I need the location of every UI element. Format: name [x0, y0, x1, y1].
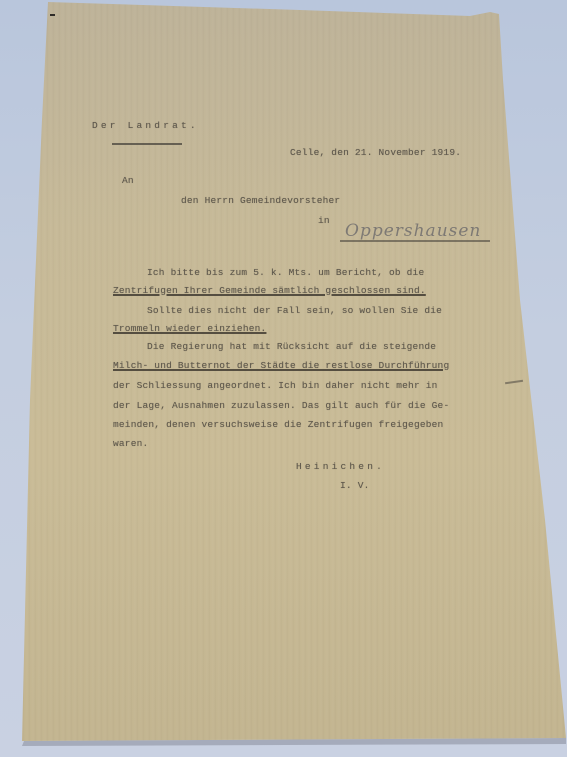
letter-paper: [0, 0, 567, 757]
body-line-10: waren.: [113, 438, 148, 449]
place-date: Celle, den 21. November 1919.: [290, 147, 461, 158]
body-line-1: Ich bitte bis zum 5. k. Mts. um Bericht,…: [147, 267, 424, 278]
recipient-in: in: [318, 215, 330, 226]
recipient: den Herrn Gemeindevorsteher: [181, 195, 340, 206]
signature-title: I. V.: [340, 480, 370, 491]
body-line-2: Zentrifugen Ihrer Gemeinde sämtlich gesc…: [113, 285, 426, 296]
sender-heading: Der Landrat.: [92, 120, 199, 131]
body-line-8: der Lage, Ausnahmen zuzulassen. Das gilt…: [113, 400, 449, 411]
body-line-7: der Schliessung angeordnet. Ich bin dahe…: [113, 380, 438, 391]
body-line-3: Sollte dies nicht der Fall sein, so woll…: [147, 305, 442, 316]
body-line-5: Die Regierung hat mit Rücksicht auf die …: [147, 341, 436, 352]
salutation-to: An: [122, 175, 134, 186]
corner-mark: [50, 14, 55, 16]
signature: Heinichen.: [296, 461, 385, 472]
place-underline: [340, 240, 490, 242]
body-line-9: meinden, denen versuchsweise die Zentrif…: [113, 419, 443, 430]
body-line-4: Trommeln wieder einziehen.: [113, 323, 266, 334]
sender-underline: [112, 143, 182, 145]
recipient-place-handwritten: Oppershausen: [345, 221, 481, 241]
body-line-6: Milch- und Butternot der Städte die rest…: [113, 360, 449, 371]
